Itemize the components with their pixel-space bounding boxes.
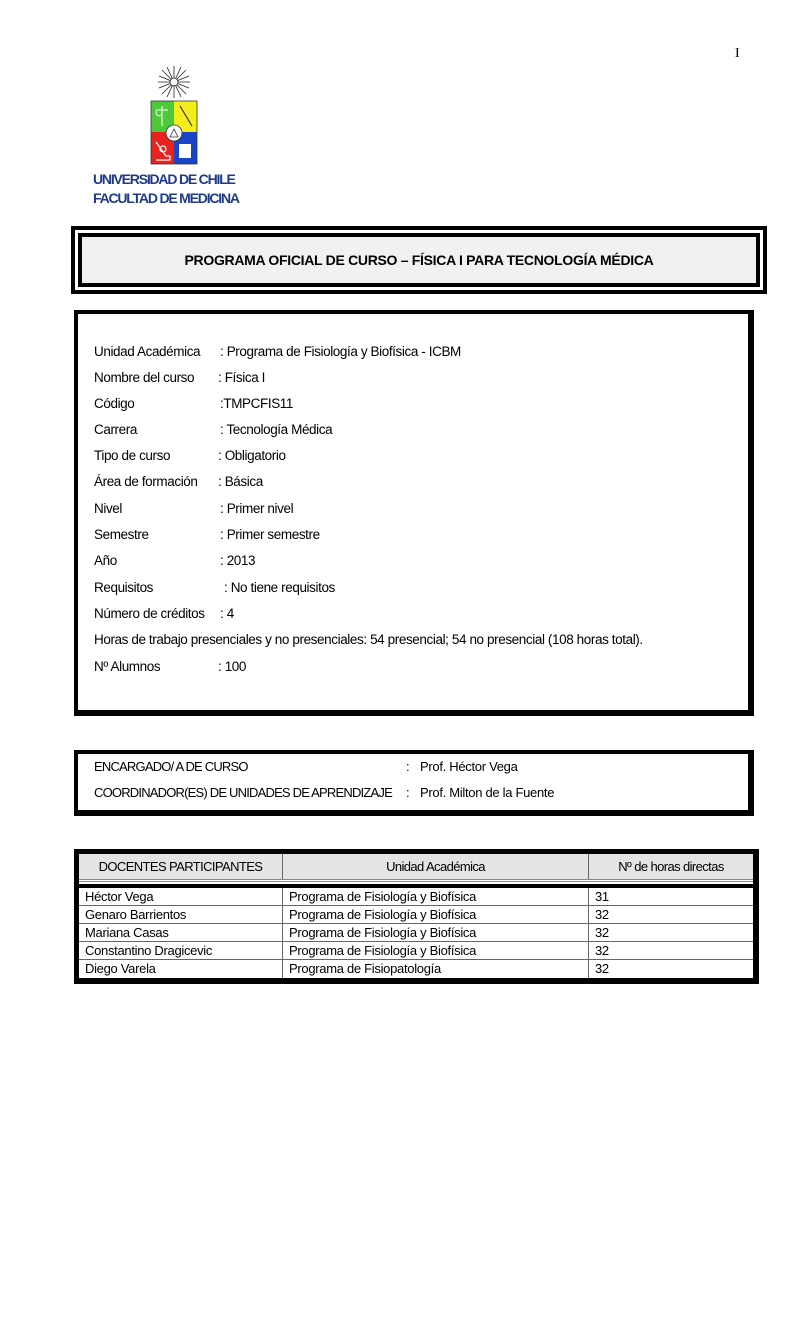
docente-horas: 31 bbox=[589, 888, 753, 905]
info-row-horas: Horas de trabajo presenciales y no prese… bbox=[94, 632, 643, 647]
docente-unidad: Programa de Fisiología y Biofísica bbox=[283, 924, 589, 941]
university-name: UNIVERSIDAD DE CHILE bbox=[93, 170, 239, 189]
table-row: Constantino Dragicevic Programa de Fisio… bbox=[79, 942, 753, 960]
docente-name: Mariana Casas bbox=[79, 924, 283, 941]
info-row-tipo: Tipo de curso: Obligatorio bbox=[94, 448, 170, 463]
info-row-creditos: Número de créditos: 4 bbox=[94, 606, 205, 621]
docente-horas: 32 bbox=[589, 960, 753, 978]
faculty-name: FACULTAD DE MEDICINA bbox=[93, 189, 239, 208]
table-row: Diego Varela Programa de Fisiopatología … bbox=[79, 960, 753, 978]
docente-unidad: Programa de Fisiología y Biofísica bbox=[283, 942, 589, 959]
docente-name: Diego Varela bbox=[79, 960, 283, 978]
info-row-requisitos: Requisitos: No tiene requisitos bbox=[94, 580, 153, 595]
docente-name: Constantino Dragicevic bbox=[79, 942, 283, 959]
column-header: Unidad Académica bbox=[283, 854, 589, 879]
info-row-nombre: Nombre del curso: Física I bbox=[94, 370, 194, 385]
docentes-table: DOCENTES PARTICIPANTES Unidad Académica … bbox=[74, 849, 759, 984]
page-title: PROGRAMA OFICIAL DE CURSO – FÍSICA I PAR… bbox=[185, 252, 654, 268]
info-row-semestre: Semestre: Primer semestre bbox=[94, 527, 149, 542]
table-row: Genaro Barrientos Programa de Fisiología… bbox=[79, 906, 753, 924]
table-header: DOCENTES PARTICIPANTES Unidad Académica … bbox=[79, 854, 753, 880]
header-divider bbox=[79, 881, 753, 888]
info-row-alumnos: Nº Alumnos: 100 bbox=[94, 659, 160, 674]
info-row-ano: Año: 2013 bbox=[94, 553, 117, 568]
docente-horas: 32 bbox=[589, 924, 753, 941]
docente-horas: 32 bbox=[589, 906, 753, 923]
docente-unidad: Programa de Fisiología y Biofísica bbox=[283, 906, 589, 923]
info-row-carrera: Carrera: Tecnología Médica bbox=[94, 422, 137, 437]
course-info-box: Unidad Académica: Programa de Fisiología… bbox=[74, 310, 754, 716]
info-row-unidad: Unidad Académica: Programa de Fisiología… bbox=[94, 344, 200, 359]
table-row: Héctor Vega Programa de Fisiología y Bio… bbox=[79, 888, 753, 906]
info-row-codigo: Código:TMPCFIS11 bbox=[94, 396, 134, 411]
responsables-box: ENCARGADO/ A DE CURSO : Prof. Héctor Veg… bbox=[74, 750, 754, 816]
coordinador-row: COORDINADOR(ES) DE UNIDADES DE APRENDIZA… bbox=[94, 785, 406, 800]
docente-unidad: Programa de Fisiología y Biofísica bbox=[283, 888, 589, 905]
table-row: Mariana Casas Programa de Fisiología y B… bbox=[79, 924, 753, 942]
university-header: UNIVERSIDAD DE CHILE FACULTAD DE MEDICIN… bbox=[93, 170, 239, 208]
column-header: DOCENTES PARTICIPANTES bbox=[79, 854, 283, 879]
info-row-nivel: Nivel: Primer nivel bbox=[94, 501, 122, 516]
docente-unidad: Programa de Fisiopatología bbox=[283, 960, 589, 978]
page-number: I bbox=[735, 46, 740, 62]
info-row-area: Área de formación: Básica bbox=[94, 474, 198, 489]
university-shield-icon bbox=[148, 64, 200, 168]
column-header: Nº de horas directas bbox=[589, 854, 753, 879]
encargado-row: ENCARGADO/ A DE CURSO : Prof. Héctor Veg… bbox=[94, 759, 406, 774]
docente-name: Genaro Barrientos bbox=[79, 906, 283, 923]
docente-name: Héctor Vega bbox=[79, 888, 283, 905]
docente-horas: 32 bbox=[589, 942, 753, 959]
title-box: PROGRAMA OFICIAL DE CURSO – FÍSICA I PAR… bbox=[71, 226, 767, 294]
